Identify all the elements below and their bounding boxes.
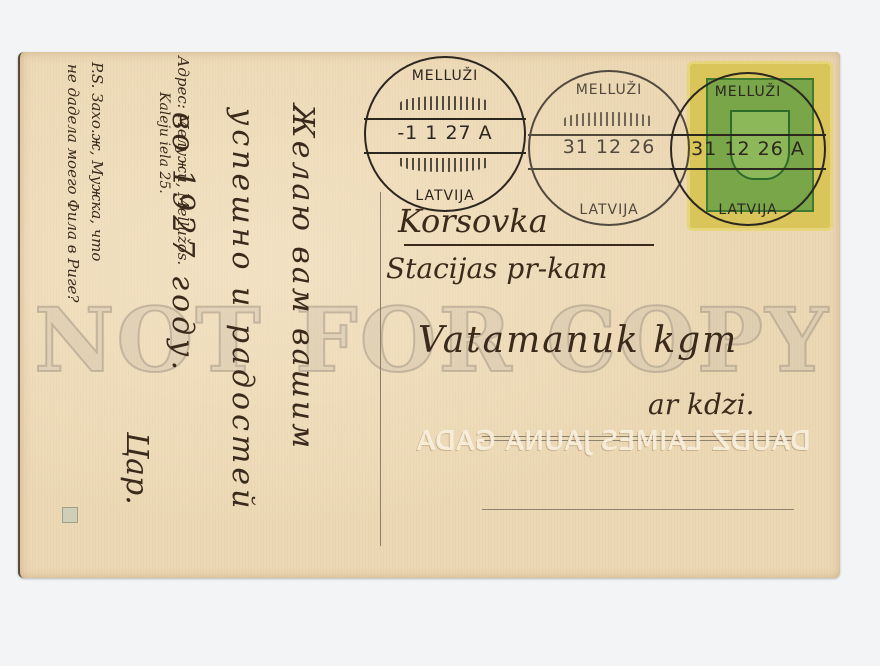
address-rule: [482, 509, 794, 510]
address-line: Stacijas pr-kam: [386, 252, 607, 285]
address-line: Vatamanuk kgm: [418, 320, 738, 361]
postmark: MELLUŽI 31 12 26 LATVIJA: [528, 70, 690, 226]
message-line: не дадела моего Фила в Риге?: [64, 64, 82, 302]
message-line: P.S. Захо.ж, Мужка, что: [88, 62, 106, 261]
address-line: Korsovka: [398, 202, 548, 240]
embossed-greeting: DAUDZ LAIMES JAUNA GADA: [410, 427, 810, 457]
postmark: MELLUŽI -1 1 27 A LATVIJA: [364, 56, 526, 212]
message-line: во 1927 году.: [165, 112, 200, 374]
postcard-back: NOT FOR COPY Адрес: Мелужи, Mellužos. Ka…: [18, 52, 840, 578]
address-line: ar kdzi.: [648, 388, 754, 421]
underline: [404, 244, 654, 246]
signature: Цар.: [119, 432, 154, 505]
small-stamp-mark: [62, 507, 78, 523]
message-line: Желаю вам вашим: [285, 104, 320, 451]
postmark: MELLUŽI 31 12 26 A LATVIJA: [670, 72, 826, 226]
message-line: успешно и радостей: [225, 108, 260, 512]
divider-line: [380, 192, 381, 546]
